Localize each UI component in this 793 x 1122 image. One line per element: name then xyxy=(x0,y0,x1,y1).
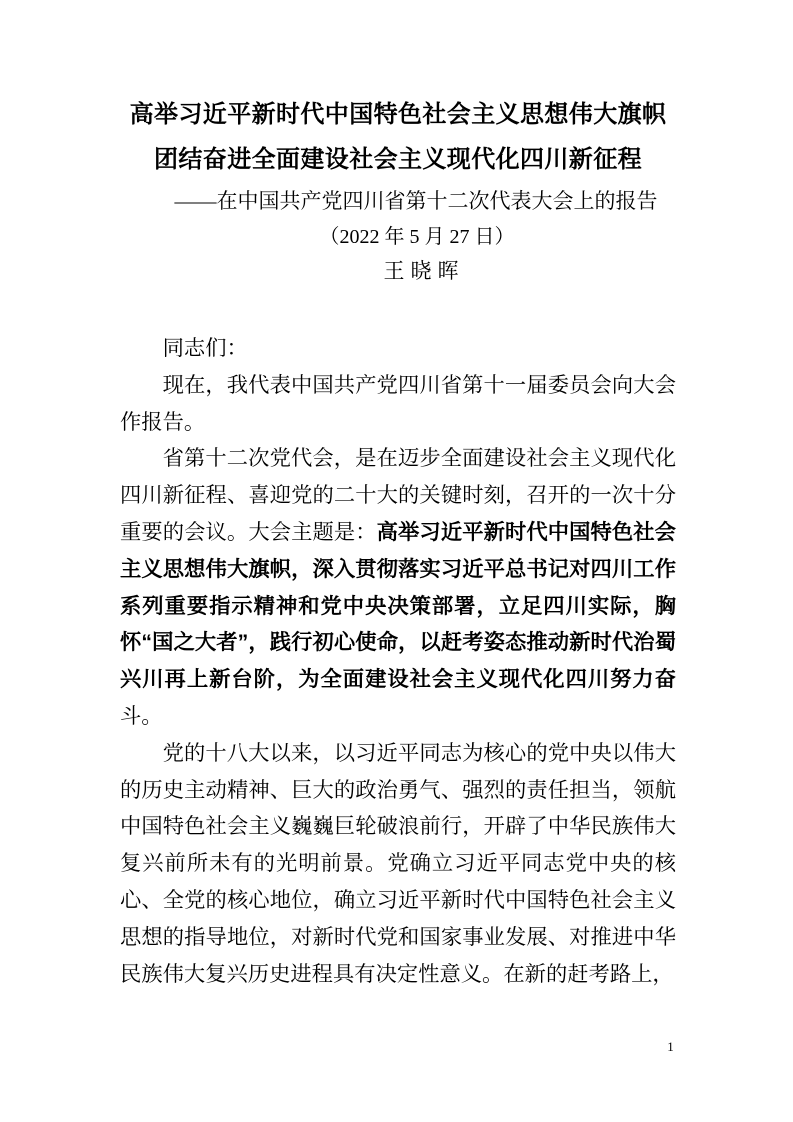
title-line-1: 高举习近平新时代中国特色社会主义思想伟大旗帜 xyxy=(120,92,676,137)
document-page: 高举习近平新时代中国特色社会主义思想伟大旗帜 团结奋进全面建设社会主义现代化四川… xyxy=(0,0,793,1122)
document-date: （2022 年 5 月 27 日） xyxy=(139,220,695,254)
document-body: 同志们： 现在，我代表中国共产党四川省第十一届委员会向大会作报告。 省第十二次党… xyxy=(120,330,676,992)
title-line-2: 团结奋进全面建设社会主义现代化四川新征程 xyxy=(120,137,676,182)
page-footer: 1 xyxy=(0,1038,793,1056)
bold-emphasis-segment: 高举习近平新时代中国特色社会主义思想伟大旗帜，深入贯彻落实习近平总书记对四川工作… xyxy=(120,520,676,691)
text-segment: 现在，我代表中国共产党四川省第十一届委员会向大会作报告。 xyxy=(120,373,676,434)
paragraph-congress-theme: 省第十二次党代会，是在迈步全面建设社会主义现代化四川新征程、喜迎党的二十大的关键… xyxy=(120,440,676,734)
document-subtitle: ——在中国共产党四川省第十二次代表大会上的报告 xyxy=(138,182,694,220)
page-number: 1 xyxy=(667,1038,674,1056)
paragraph-intro: 现在，我代表中国共产党四川省第十一届委员会向大会作报告。 xyxy=(120,367,676,441)
document-title: 高举习近平新时代中国特色社会主义思想伟大旗帜 团结奋进全面建设社会主义现代化四川… xyxy=(120,92,676,182)
paragraph-achievements: 党的十八大以来，以习近平同志为核心的党中央以伟大的历史主动精神、巨大的政治勇气、… xyxy=(120,735,676,993)
text-segment: 同志们： xyxy=(163,336,248,360)
paragraph-salutation: 同志们： xyxy=(120,330,676,367)
text-segment: 斗。 xyxy=(120,704,163,728)
document-author: 王晓晖 xyxy=(146,254,702,288)
text-segment: 党的十八大以来，以习近平同志为核心的党中央以伟大的历史主动精神、巨大的政治勇气、… xyxy=(120,741,676,986)
